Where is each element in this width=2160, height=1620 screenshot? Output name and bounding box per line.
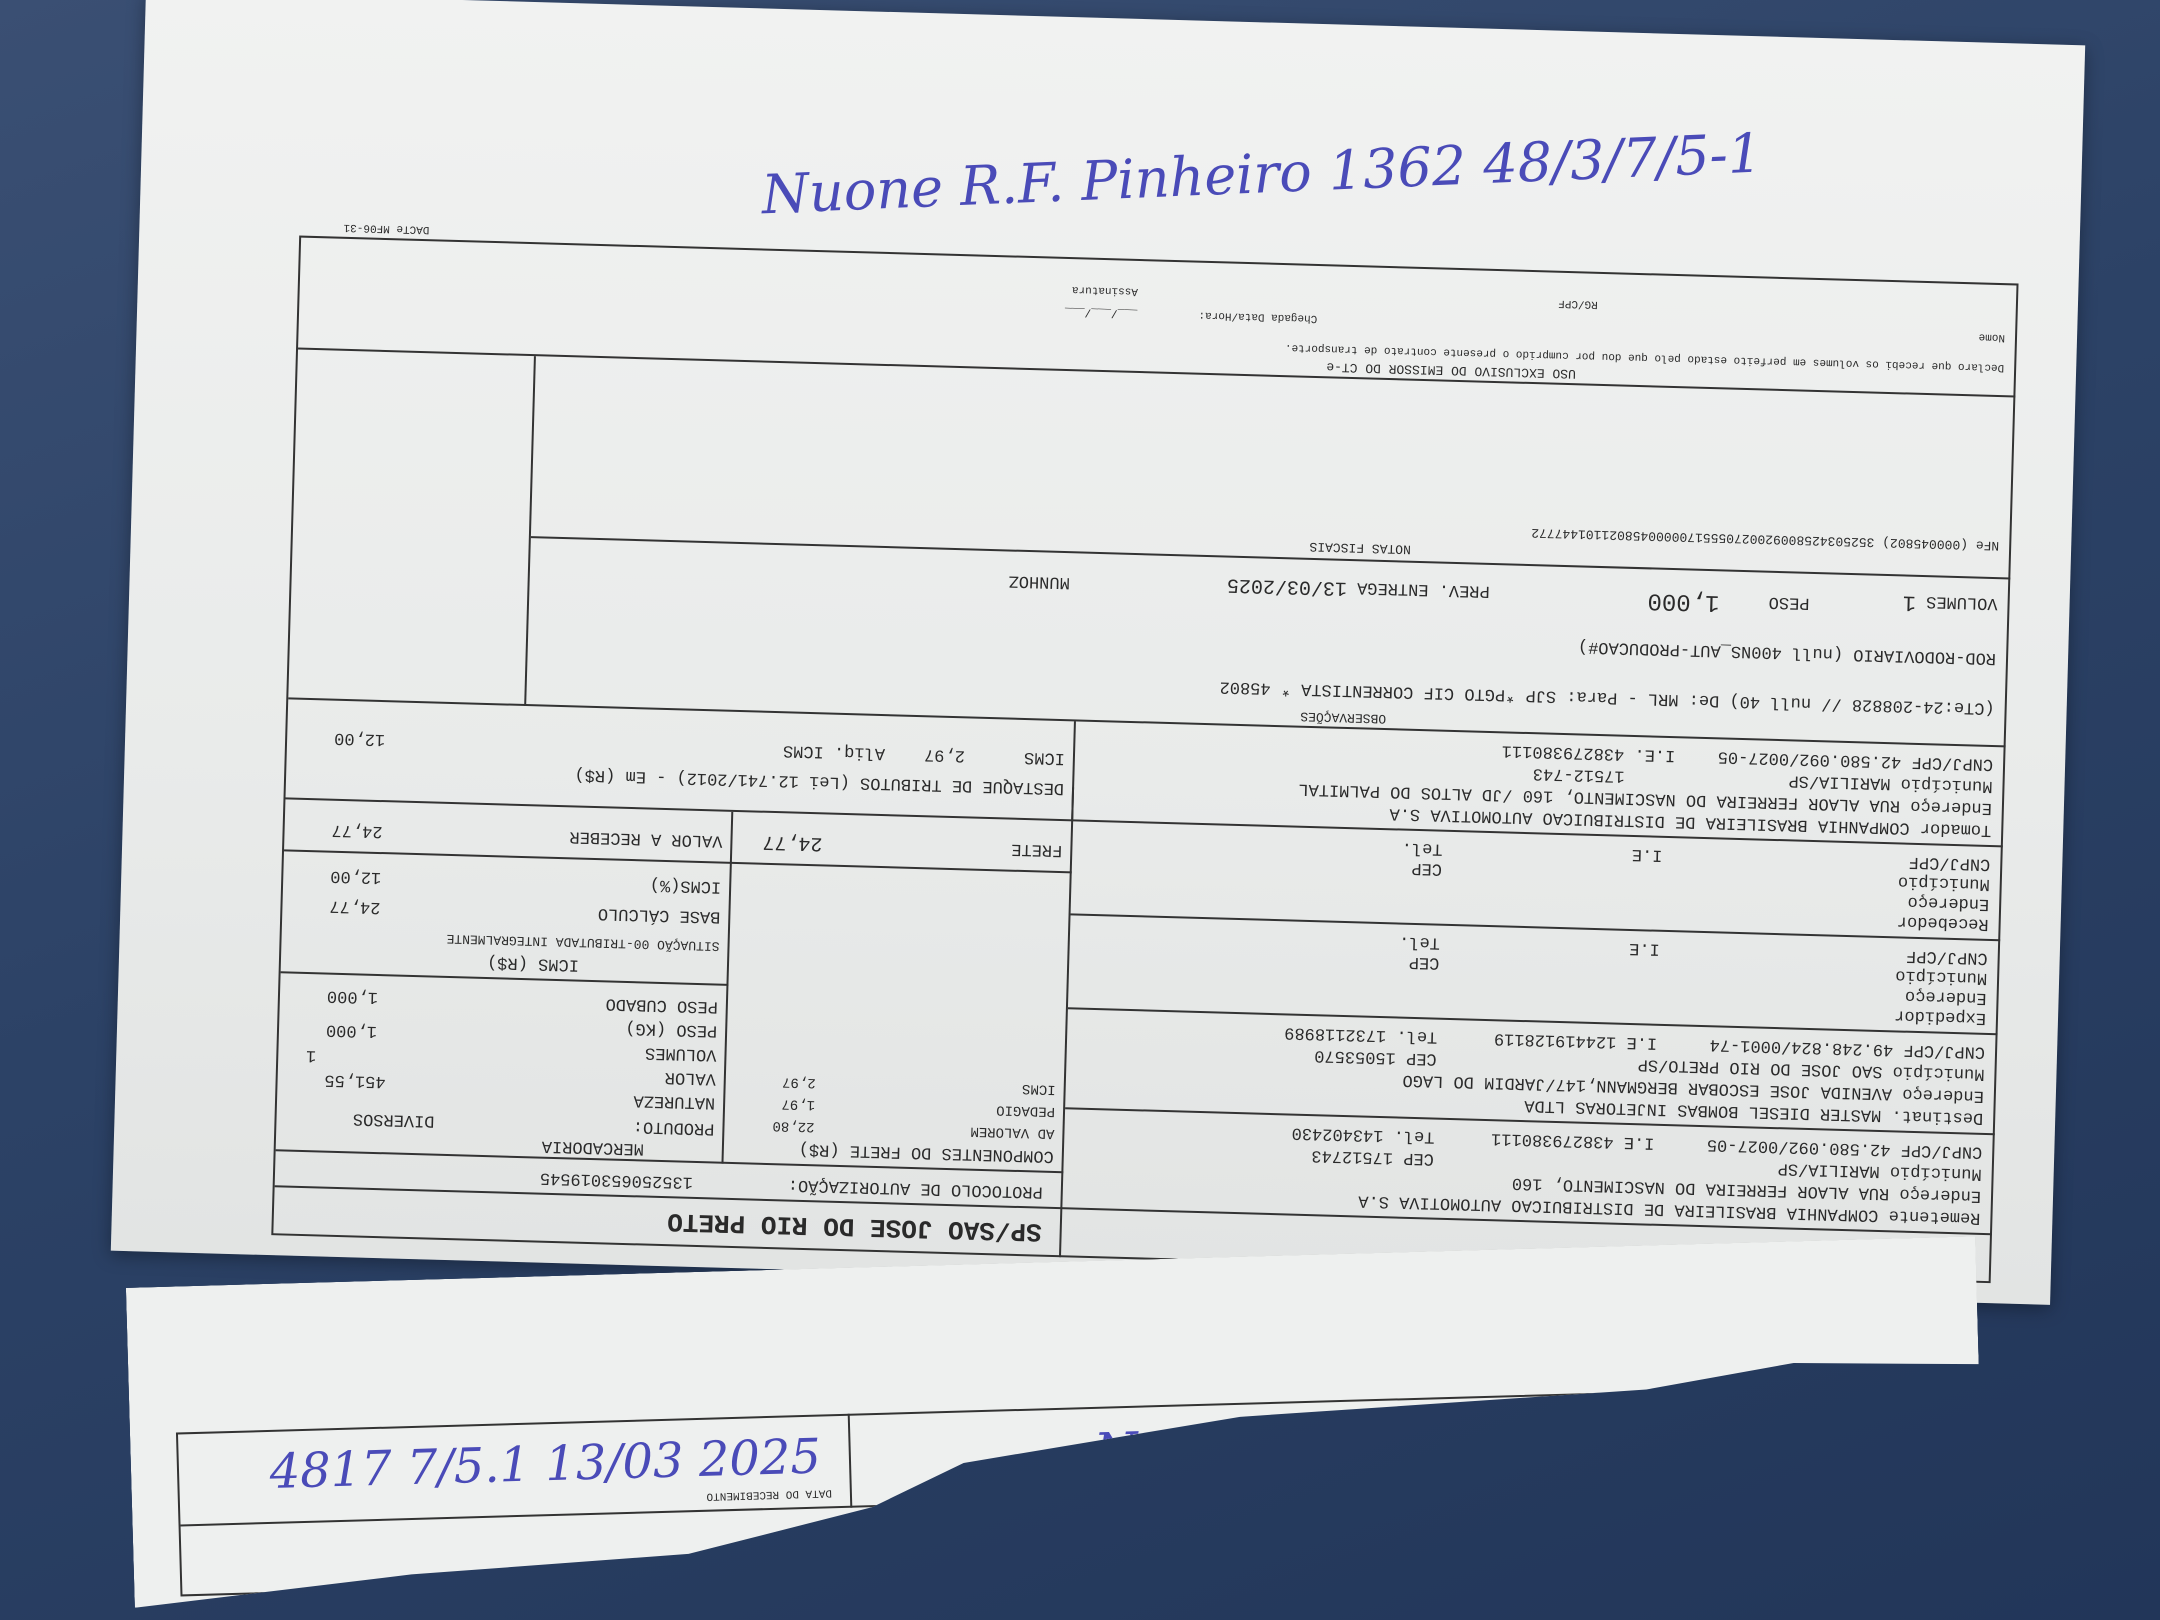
prev-entrega: 13/03/2025	[1227, 573, 1348, 599]
componente-value: 22,80	[772, 1117, 814, 1134]
nota-fiscal-stub: NOTA FISCAL Nº: 000.045.802 RECEBEMOS DE…	[126, 1236, 1984, 1608]
label: Tel.	[1399, 932, 1440, 952]
observacoes-label: OBSERVAÇÕES	[1300, 709, 1386, 726]
label: VOLUMES	[1926, 591, 1998, 612]
fiscal-label: FISCAL	[1845, 1471, 1932, 1500]
frete-value: 24,77	[762, 830, 823, 855]
label: Município	[1900, 773, 1992, 795]
city-note: MUNHOZ	[1008, 570, 1070, 591]
label: Nº:	[1894, 1427, 1942, 1458]
label: Município	[1892, 1061, 1984, 1083]
label: I.E	[1624, 1132, 1655, 1152]
label: CNPJ/CPF	[1908, 852, 1990, 873]
label: CEP	[1403, 1148, 1434, 1168]
valor-value: 451,55	[324, 1070, 386, 1091]
label: Nome	[1978, 330, 2005, 343]
expedidor-label: Expedidor	[1894, 1005, 1986, 1027]
label: Aliq. ICMS	[783, 740, 886, 762]
label: Tel.	[1401, 838, 1442, 858]
label: Tel.	[1396, 1025, 1437, 1045]
label: Município	[1895, 965, 1987, 987]
label: I.E	[1629, 938, 1660, 958]
componente-value: 1,97	[781, 1095, 815, 1112]
label: PRODUTO:	[633, 1116, 715, 1137]
nf-number: 000.045.802	[1707, 1429, 1879, 1464]
recebedor-label: Recebedor	[1897, 911, 1989, 933]
label: Endereço	[1902, 1084, 1984, 1105]
tomador-ie: 438279380111	[1502, 740, 1625, 762]
label: PESO CUBADO	[605, 993, 718, 1015]
label: NATUREZA	[633, 1090, 715, 1111]
peso-kg-value: 1,000	[326, 1020, 378, 1040]
label: Endereço	[1899, 1184, 1981, 1205]
notas-fiscais-label: NOTAS FISCAIS	[1309, 539, 1411, 557]
tributos-aliq: 12,00	[334, 728, 386, 748]
label: VOLUMES	[645, 1043, 717, 1064]
valor-receber-value: 24,77	[331, 820, 383, 840]
nota-label: NOTA	[1865, 1501, 1923, 1530]
label: CEP	[1408, 952, 1439, 972]
tomador-cep: 17512-743	[1533, 763, 1625, 785]
label: I.E	[1632, 844, 1663, 864]
label: CEP	[1411, 858, 1442, 878]
produto-value: DIVERSOS	[353, 1108, 435, 1129]
label: VALOR	[665, 1067, 717, 1087]
label: Município	[1890, 1161, 1982, 1183]
peso-cubado-value: 1,000	[327, 986, 379, 1006]
label: I.E.	[1634, 744, 1675, 764]
label: PESO	[1768, 592, 1809, 612]
dacte-paper: Nuone R.F. Pinheiro 1362 48/3/7/5-1 SP/S…	[111, 0, 2085, 1305]
form-code: DACTe MF06-31	[343, 221, 429, 235]
label: FRETE	[1011, 839, 1063, 859]
label: Endereço	[1905, 986, 1987, 1007]
remetente-label: Remetente	[1888, 1205, 1980, 1227]
label: ICMS (R$)	[487, 952, 579, 974]
tomador-city: MARILIA/SP	[1788, 770, 1891, 792]
label: PESO (KG)	[625, 1018, 717, 1040]
label: CNPJ/CPF	[1900, 1140, 1982, 1161]
label: PREV. ENTREGA	[1357, 577, 1490, 600]
icms-pct-value: 12,00	[330, 866, 382, 886]
remetente-cep: 17512743	[1311, 1145, 1393, 1166]
label: RG/CPF	[1558, 297, 1598, 310]
label: Município	[1898, 871, 1990, 893]
dacte-document: SP/SAO JOSE DO RIO PRETO Remetente COMPA…	[271, 236, 2018, 1284]
stub-signature: Nuone R. Pinheiro	[1093, 1410, 1561, 1481]
peso: 1,000	[1647, 586, 1720, 615]
componente-label: ICMS	[1022, 1080, 1056, 1097]
identificacao-label: IDENTIFICAÇÃO E ASSINATURA DO RECEBEDOR	[1374, 1464, 1632, 1483]
label: Destinat.	[1891, 1105, 1983, 1127]
componente-label: PEDAGIO	[996, 1101, 1055, 1119]
label: Endereço	[1907, 892, 1989, 913]
label: Assinatura	[1072, 283, 1138, 297]
base-calculo-value: 24,77	[329, 896, 381, 916]
label: BASE CÁLCULO	[598, 903, 721, 925]
destinatario-ie: 124419128119	[1494, 1028, 1617, 1050]
componente-label: AD VALOREM	[970, 1123, 1054, 1141]
chegada-value: ___/___/___	[1065, 305, 1138, 319]
volumes-value: 1	[306, 1045, 317, 1064]
label: I.E	[1626, 1032, 1657, 1052]
label: CNPJ/CPF	[1911, 752, 1993, 773]
label: CNPJ/CPF	[1906, 946, 1988, 967]
destinatario-cep: 15053570	[1314, 1045, 1396, 1066]
remetente-ie: 438279380111	[1491, 1128, 1614, 1150]
remetente-tel: 143402430	[1291, 1123, 1383, 1145]
label: ICMS(%)	[650, 875, 722, 896]
label: Endereço	[1910, 796, 1992, 817]
componente-value: 2,97	[782, 1073, 816, 1090]
destinatario-tel: 1732118989	[1284, 1022, 1387, 1044]
handwritten-signature: Nuone R.F. Pinheiro 1362 48/3/7/5-1	[760, 121, 1763, 226]
volumes: 1	[1902, 589, 1916, 614]
label: CNPJ/CPF	[1903, 1040, 1985, 1061]
recebemos-text: RECEBEMOS DE CIA BRASILEIRA DIST AUTO S.…	[874, 1511, 1623, 1547]
label: MERCADORIA	[542, 1136, 645, 1158]
label: Tomador	[1920, 818, 1992, 839]
label: CEP	[1406, 1048, 1437, 1068]
tributos-icms: 2,97	[924, 744, 965, 764]
label: Tel.	[1393, 1125, 1434, 1145]
remetente-city: MARILIA/SP	[1777, 1158, 1880, 1180]
label: ICMS	[1024, 747, 1065, 767]
